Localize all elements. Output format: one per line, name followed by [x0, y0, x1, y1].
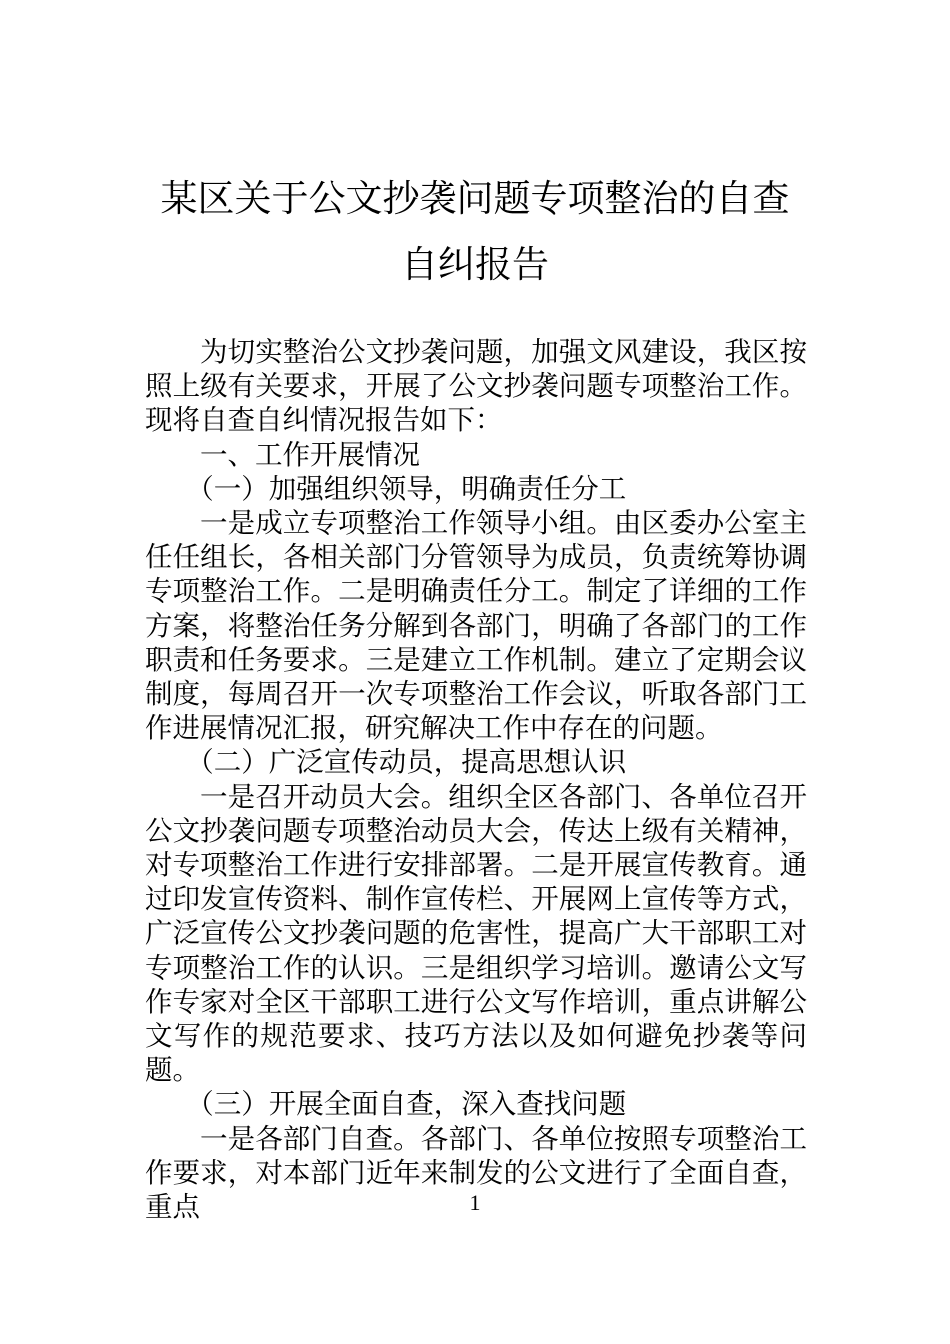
body-paragraph-2: 一是召开动员大会。组织全区各部门、各单位召开公文抄袭问题专项整治动员大会，传达上… — [145, 780, 807, 1088]
intro-paragraph: 为切实整治公文抄袭问题，加强文风建设，我区按照上级有关要求，开展了公文抄袭问题专… — [145, 335, 807, 438]
section-heading-1: 一、工作开展情况 — [145, 438, 807, 472]
subsection-heading-2: （二）广泛宣传动员，提高思想认识 — [145, 745, 807, 779]
subsection-heading-1: （一）加强组织领导，明确责任分工 — [145, 472, 807, 506]
document-page: 某区关于公文抄袭问题专项整治的自查自纠报告 为切实整治公文抄袭问题，加强文风建设… — [0, 0, 950, 1344]
body-paragraph-1: 一是成立专项整治工作领导小组。由区委办公室主任任组长，各相关部门分管领导为成员，… — [145, 506, 807, 745]
document-body: 为切实整治公文抄袭问题，加强文风建设，我区按照上级有关要求，开展了公文抄袭问题专… — [145, 335, 807, 1224]
document-title: 某区关于公文抄袭问题专项整治的自查自纠报告 — [145, 166, 805, 298]
page-number: 1 — [0, 1188, 950, 1218]
subsection-heading-3: （三）开展全面自查，深入查找问题 — [145, 1087, 807, 1121]
